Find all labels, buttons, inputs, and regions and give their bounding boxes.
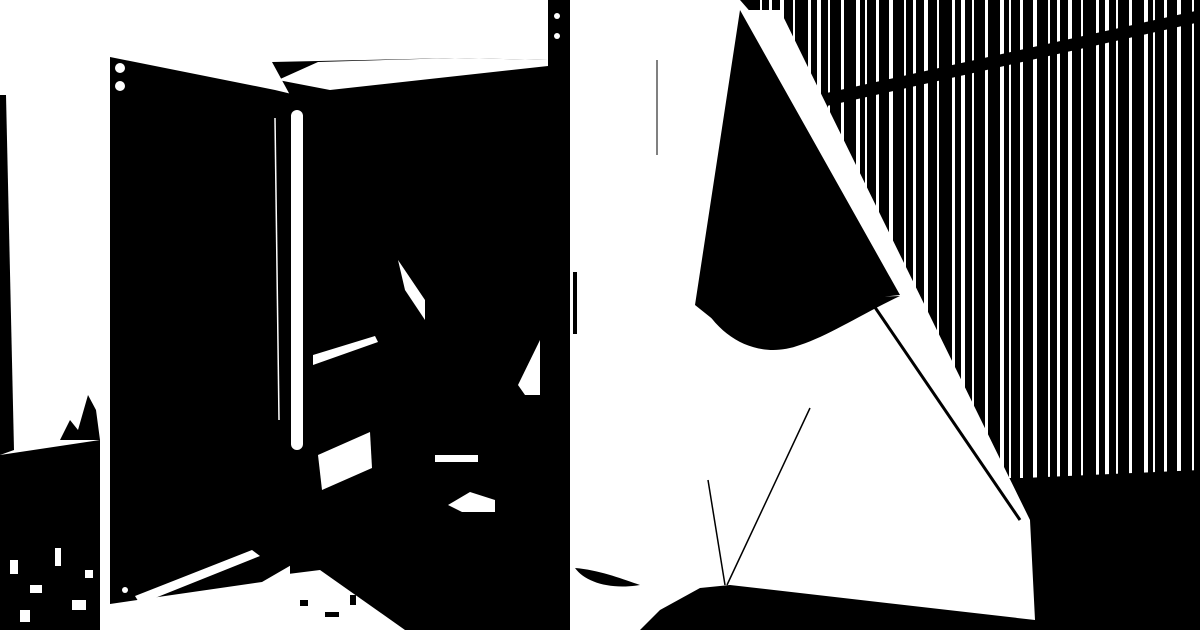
monolith-slot xyxy=(573,272,577,334)
monolith-bolt xyxy=(554,33,560,39)
door-hinge-dot xyxy=(115,63,125,73)
monolith-edge xyxy=(548,0,570,630)
monolith-bolt xyxy=(554,13,560,19)
booth-frame-strip xyxy=(291,110,303,450)
open-booth xyxy=(272,58,548,630)
booth-door xyxy=(110,57,300,604)
interior-floor-highlight xyxy=(435,455,478,462)
door-hinge-dot xyxy=(115,81,125,91)
photo-scene xyxy=(0,0,1200,630)
door-knob xyxy=(122,587,128,593)
